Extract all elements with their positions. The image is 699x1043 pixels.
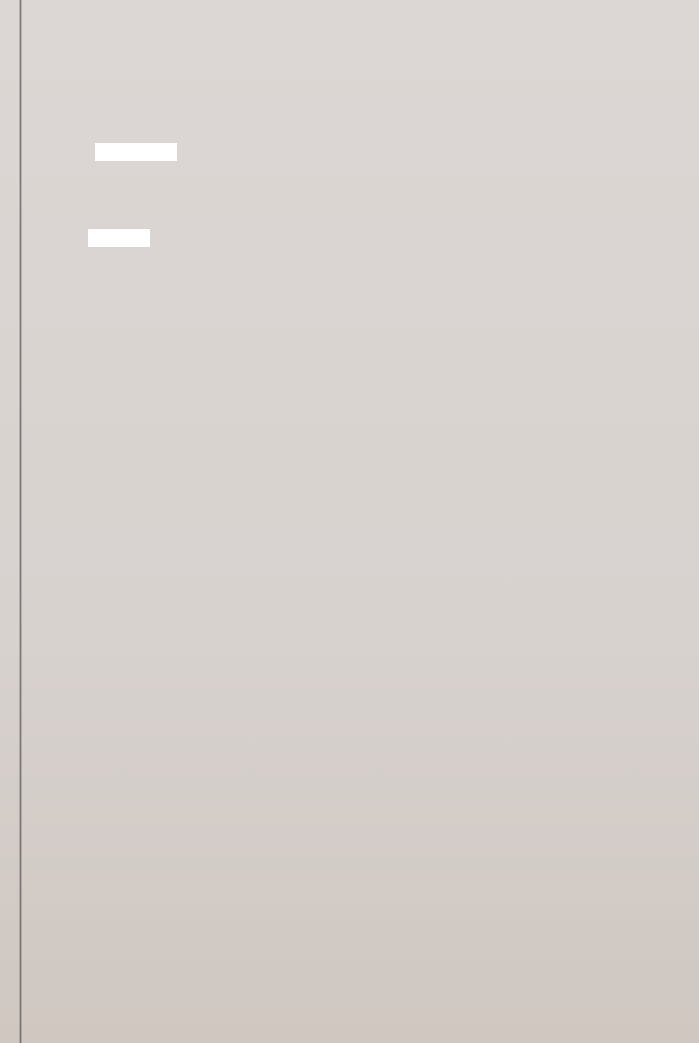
intro-line [84,67,678,86]
established-line [84,229,678,249]
page-fold-line [19,0,22,1043]
established-line [84,210,678,229]
redacted-name [88,229,150,247]
redacted-name [95,143,177,161]
established-line [84,316,678,335]
intro-line [84,143,678,163]
established-line [84,272,678,291]
document-page [0,0,699,1043]
